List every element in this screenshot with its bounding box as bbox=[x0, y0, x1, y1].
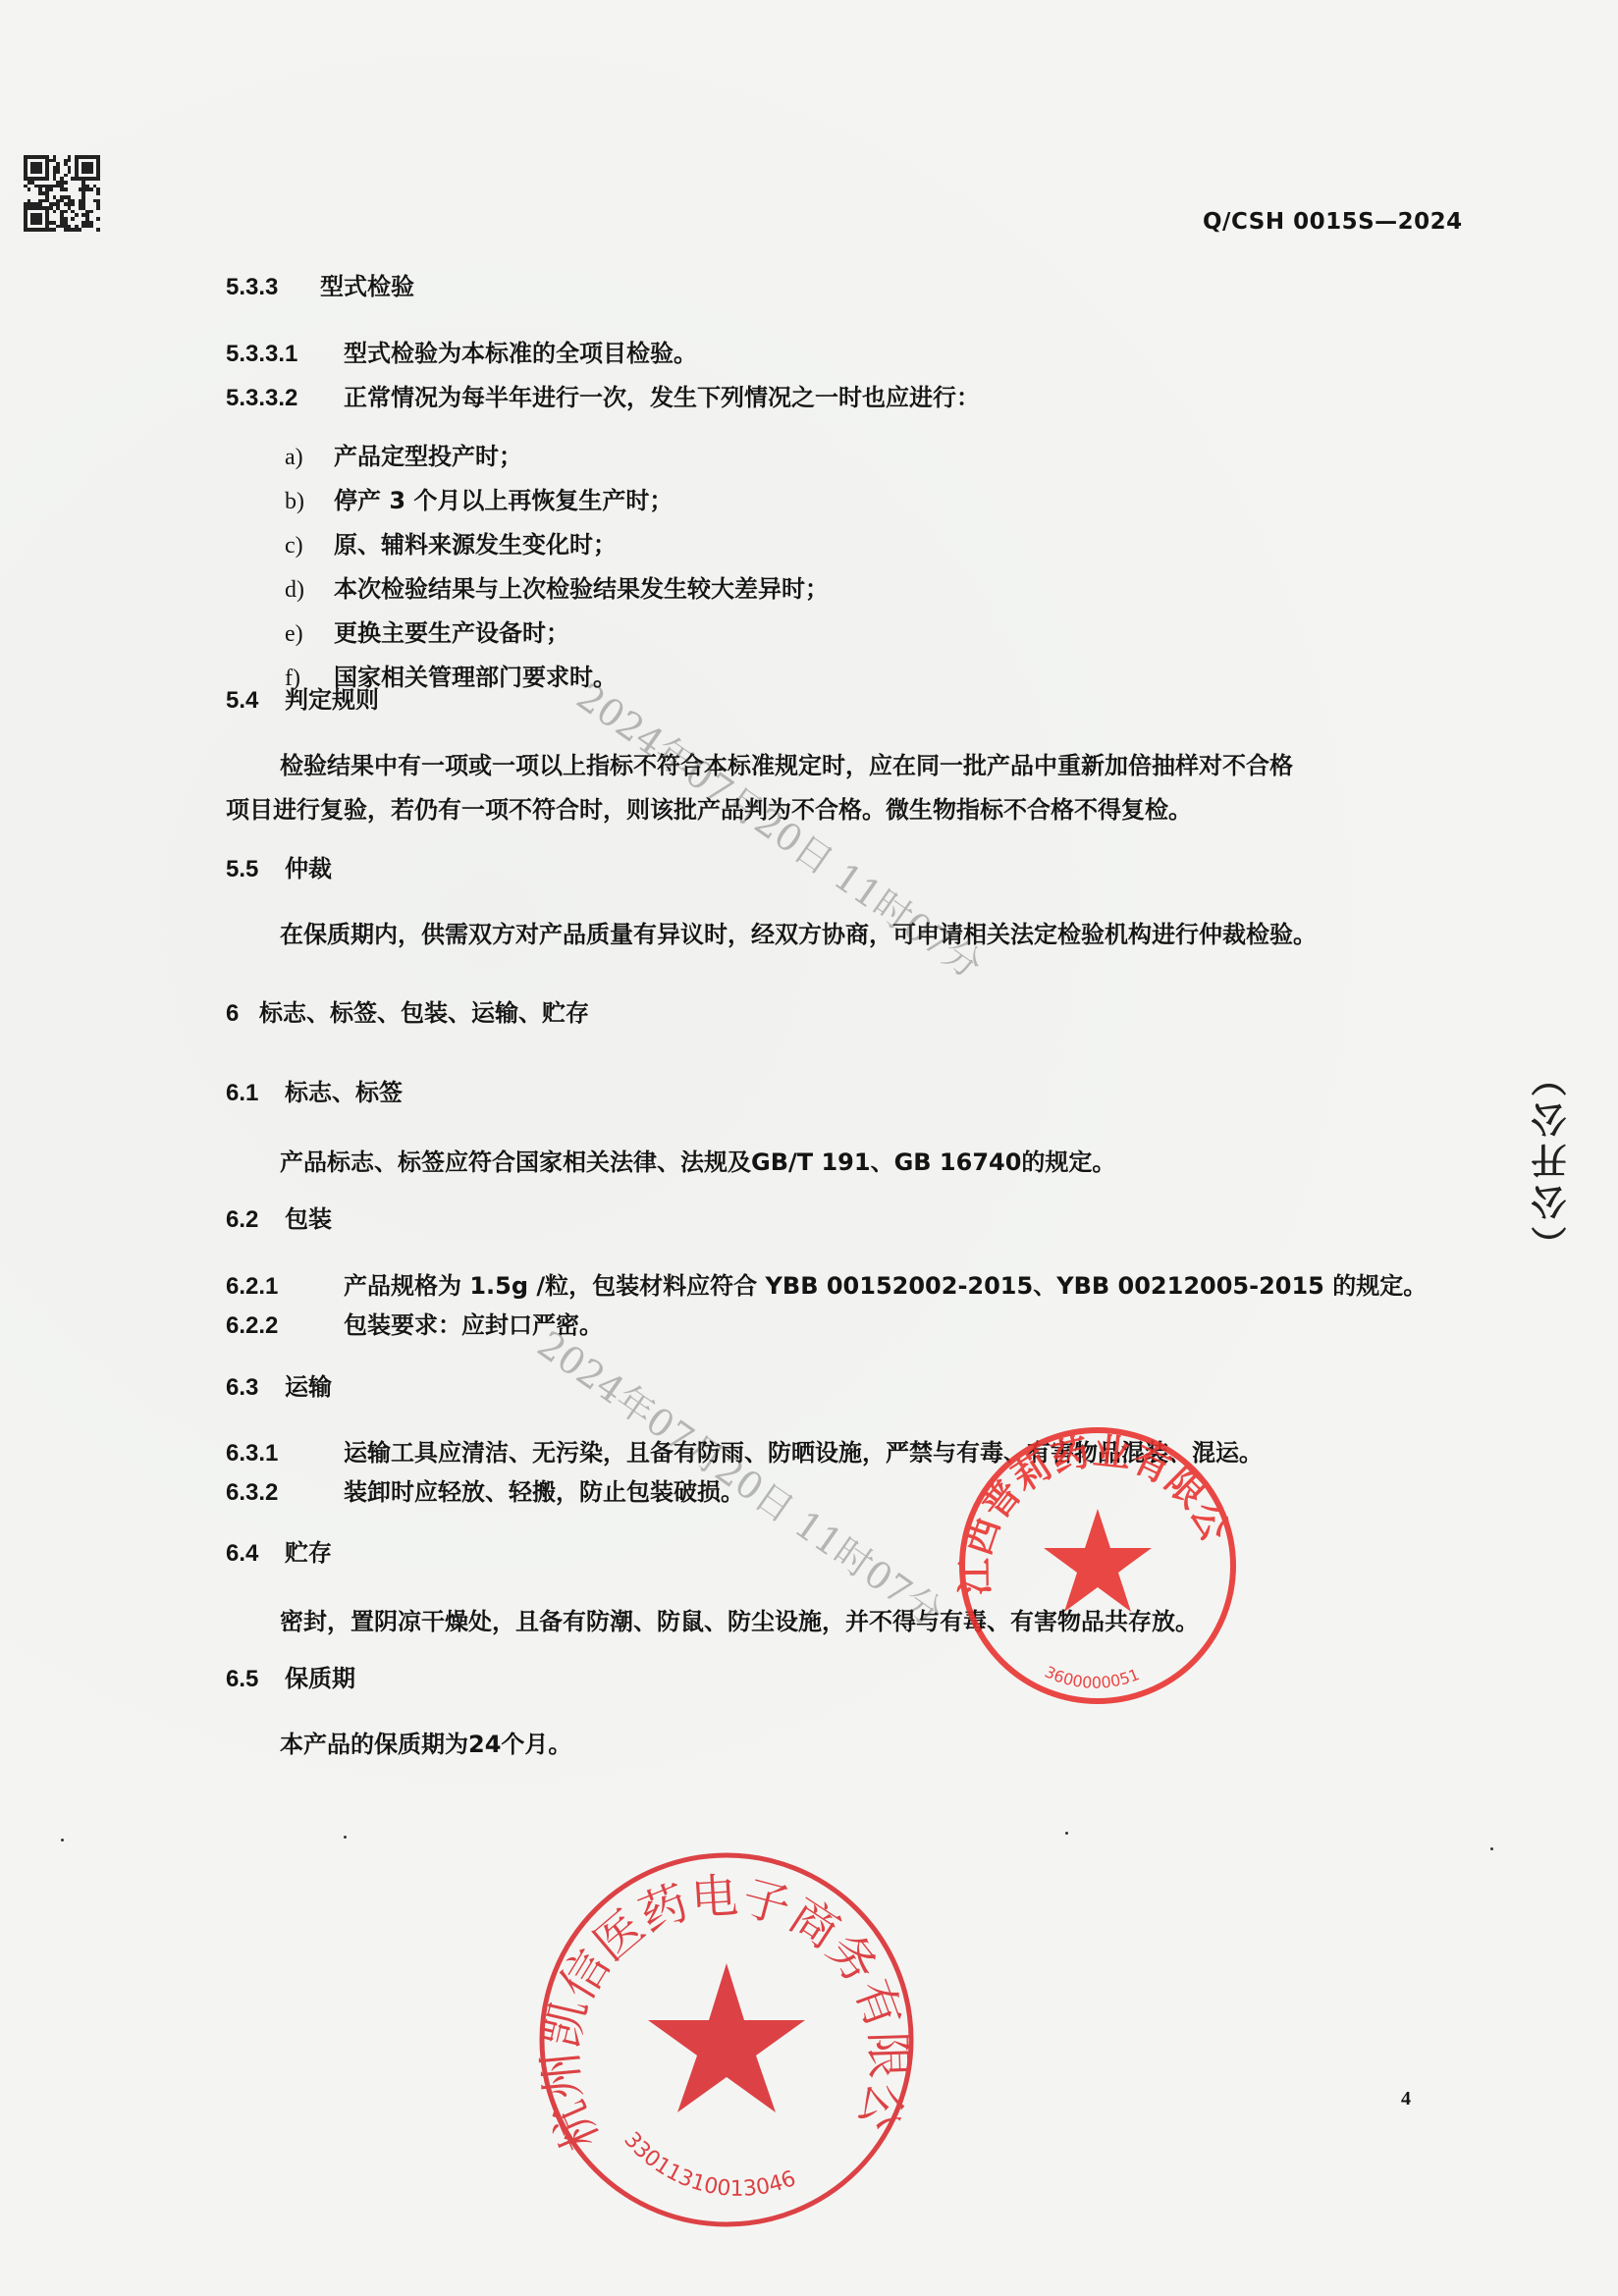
company-seal-lower: 杭州凯信医药电子商务有限公司 33011310013046 bbox=[530, 1845, 923, 2238]
condition-item: a)产品定型投产时； bbox=[285, 437, 522, 471]
qr-code bbox=[24, 155, 100, 232]
section-heading-5-3-3: 5.3.3型式检验 bbox=[226, 267, 414, 301]
section-heading-6-4: 6.4贮存 bbox=[226, 1533, 332, 1568]
section-heading-6-1: 6.1标志、标签 bbox=[226, 1073, 403, 1107]
document-code: Q/CSH 0015S—2024 bbox=[1203, 209, 1463, 235]
labeling-text: 产品标志、标签应符合国家相关法律、法规及GB/T 191、GB 16740的规定… bbox=[280, 1143, 1115, 1177]
judgement-rule-line-2: 项目进行复验，若仍有一项不符合时，则该批产品判为不合格。微生物指标不合格不得复检… bbox=[226, 790, 1192, 825]
condition-item: b)停产 3 个月以上再恢复生产时； bbox=[285, 481, 673, 515]
arbitration-text: 在保质期内，供需双方对产品质量有异议时，经双方协商，可申请相关法定检验机构进行仲… bbox=[280, 915, 1317, 949]
condition-item: e)更换主要生产设备时； bbox=[285, 614, 569, 648]
condition-item: c)原、辅料来源发生变化时； bbox=[285, 525, 617, 560]
svg-text:33011310013046: 33011310013046 bbox=[619, 2128, 799, 2202]
clause-6-3-2: 6.3.2装卸时应轻放、轻搬，防止包装破损。 bbox=[226, 1472, 744, 1507]
page-number: 4 bbox=[1401, 2088, 1411, 2110]
clause-6-2-2: 6.2.2包装要求：应封口严密。 bbox=[226, 1306, 603, 1340]
section-heading-6-5: 6.5保质期 bbox=[226, 1659, 355, 1693]
section-heading-6-3: 6.3运输 bbox=[226, 1367, 332, 1402]
side-seal-mark: （公开公） bbox=[1527, 1055, 1577, 1261]
star-icon bbox=[648, 1963, 805, 2112]
section-heading-5-4: 5.4判定规则 bbox=[226, 680, 379, 715]
storage-text: 密封，置阴凉干燥处，且备有防潮、防鼠、防尘设施，并不得与有毒、有害物品共存放。 bbox=[280, 1602, 1199, 1636]
seal-lower-code: 33011310013046 bbox=[619, 2128, 799, 2202]
section-heading-6: 6标志、标签、包装、运输、贮存 bbox=[226, 993, 589, 1028]
clause-6-2-1: 6.2.1产品规格为 1.5g /粒，包装材料应符合 YBB 00152002-… bbox=[226, 1266, 1427, 1301]
seal-upper-code: 3600000051 bbox=[1042, 1662, 1142, 1691]
section-heading-6-2: 6.2包装 bbox=[226, 1200, 332, 1234]
judgement-rule-line-1: 检验结果中有一项或一项以上指标不符合本标准规定时，应在同一批产品中重新加倍抽样对… bbox=[280, 746, 1293, 780]
document-page: Q/CSH 0015S—2024 5.3.3型式检验 5.3.3.1型式检验为本… bbox=[0, 0, 1618, 2296]
section-heading-5-5: 5.5仲裁 bbox=[226, 849, 332, 883]
clause-5-3-3-2: 5.3.3.2正常情况为每半年进行一次，发生下列情况之一时也应进行： bbox=[226, 378, 980, 412]
svg-text:3600000051: 3600000051 bbox=[1042, 1662, 1142, 1691]
svg-text:杭州凯信医药电子商务有限公司: 杭州凯信医药电子商务有限公司 bbox=[530, 1845, 916, 2159]
star-icon bbox=[1044, 1509, 1152, 1612]
clause-5-3-3-1: 5.3.3.1型式检验为本标准的全项目检验。 bbox=[226, 334, 697, 368]
shelf-life-text: 本产品的保质期为24个月。 bbox=[280, 1725, 571, 1759]
condition-item: d)本次检验结果与上次检验结果发生较大差异时； bbox=[285, 569, 829, 604]
seal-lower-text: 杭州凯信医药电子商务有限公司 bbox=[530, 1845, 916, 2159]
clause-6-3-1: 6.3.1运输工具应清洁、无污染，且备有防雨、防晒设施，严禁与有毒、有害物品混装… bbox=[226, 1433, 1263, 1468]
